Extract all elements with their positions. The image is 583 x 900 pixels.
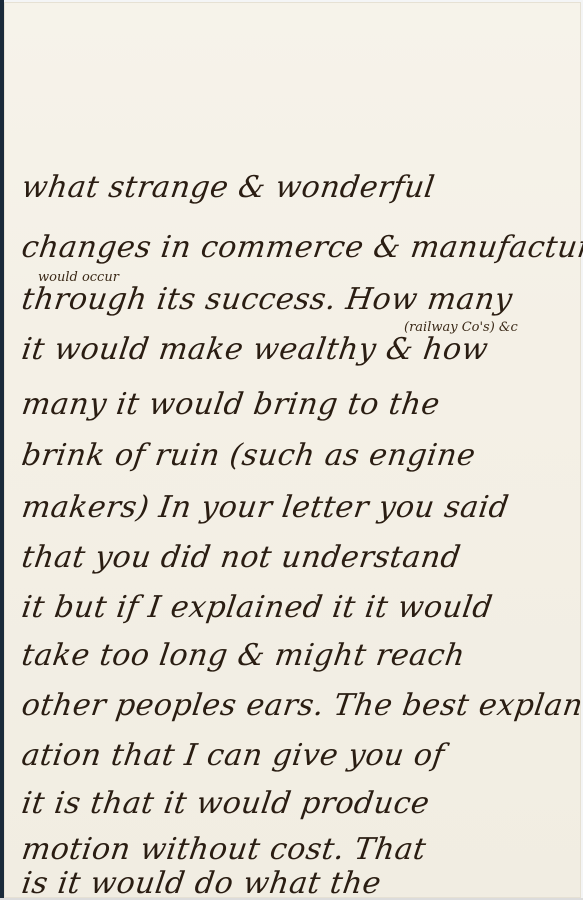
letter-line-3: through its success. How many — [20, 282, 515, 317]
letter-line-4: it would make wealthy & how — [20, 332, 491, 367]
letter-line-11: other peoples ears. The best explan — [20, 688, 583, 723]
letter-line-5: many it would bring to the — [20, 387, 443, 422]
letter-line-9: it but if I explained it it would — [20, 590, 495, 625]
letter-line-8: that you did not understand — [20, 540, 463, 575]
letter-line-1: what strange & wonderful — [20, 170, 438, 205]
letter-line-12: ation that I can give you of — [20, 738, 447, 773]
letter-line-14: motion without cost. That — [20, 832, 429, 867]
letter-line-10: take too long & might reach — [20, 638, 468, 673]
letter-line-7: makers) In your letter you said — [20, 490, 512, 525]
letter-line-6: brink of ruin (such as engine — [20, 438, 478, 473]
letter-line-13: it is that it would produce — [20, 786, 432, 821]
letter-page: what strange & wonderful changes in comm… — [4, 2, 581, 898]
letter-line-2-text: changes in commerce & manufacture — [20, 230, 583, 265]
letter-line-15: is it would do what the — [20, 866, 384, 900]
letter-line-2: changes in commerce & manufacture — [20, 230, 583, 265]
